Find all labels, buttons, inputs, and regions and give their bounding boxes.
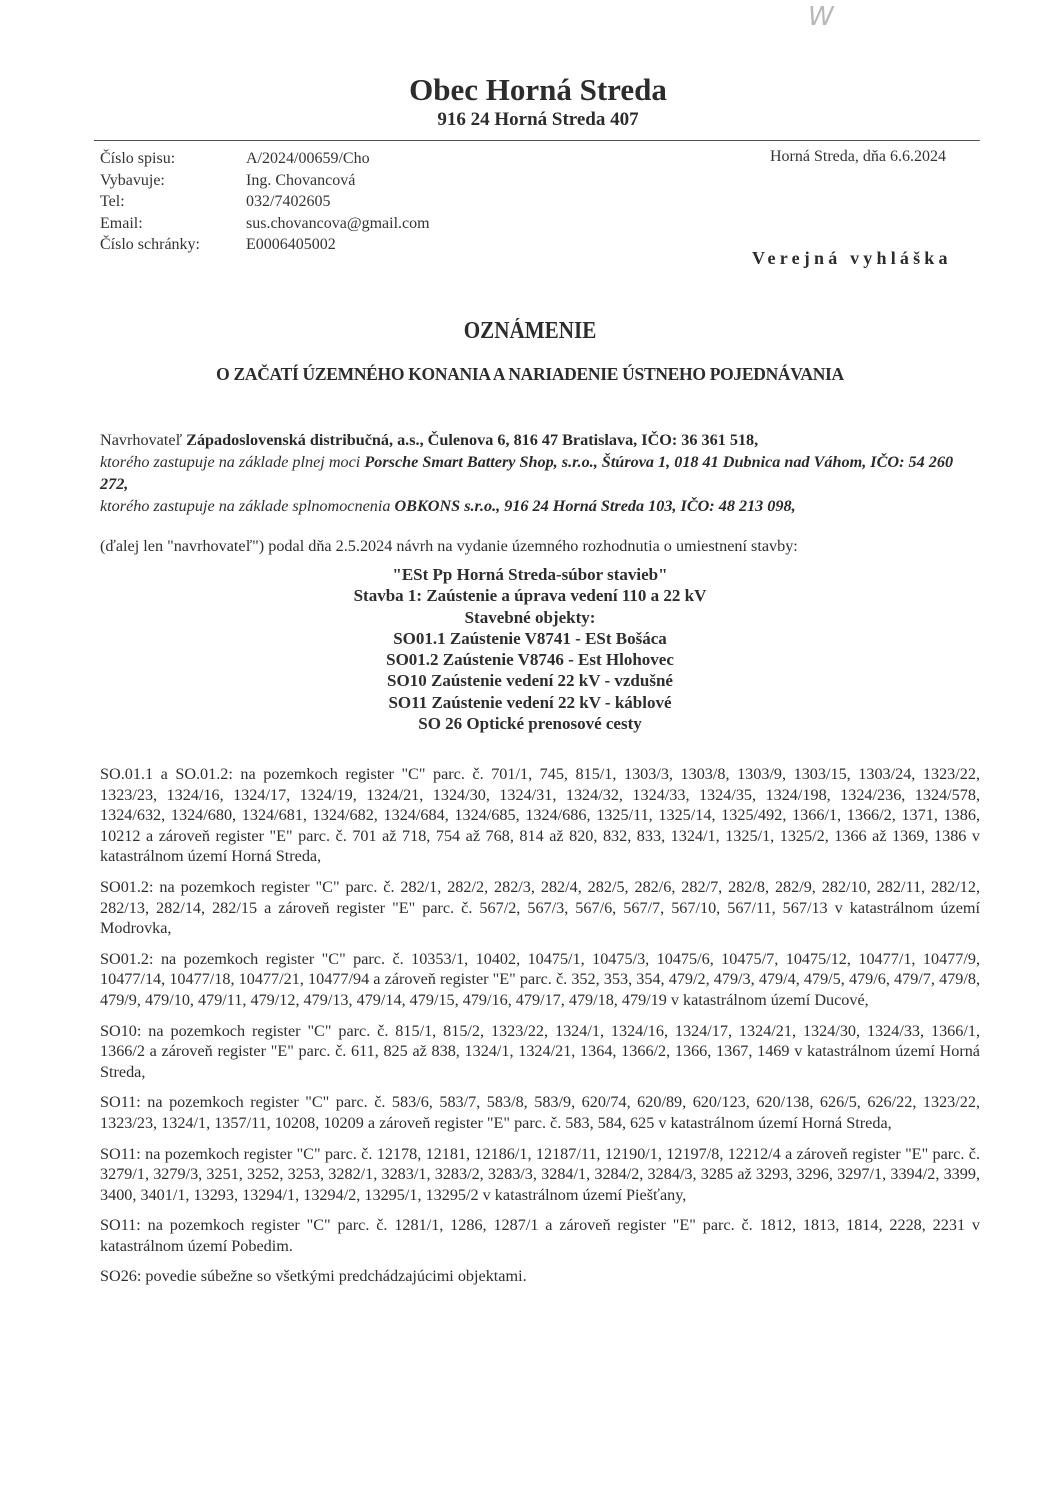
project-line: SO 26 Optické prenosové cesty: [0, 713, 1060, 734]
meta-value: 032/7402605: [246, 191, 330, 213]
header-divider: [94, 140, 980, 141]
org-name: Obec Horná Streda: [0, 72, 1060, 108]
meta-row: Číslo spisu:A/2024/00659/Cho: [100, 148, 430, 170]
applicant-block: Navrhovateľ Západoslovenská distribučná,…: [100, 429, 980, 517]
parcel-paragraph: SO10: na pozemkoch register "C" parc. č.…: [100, 1021, 980, 1083]
parcel-paragraph: SO26: povedie súbežne so všetkými predch…: [100, 1266, 980, 1287]
parcel-paragraph: SO01.2: na pozemkoch register "C" parc. …: [100, 877, 980, 939]
meta-label: Číslo spisu:: [100, 148, 246, 170]
file-metadata: Číslo spisu:A/2024/00659/Cho Vybavuje:In…: [100, 148, 430, 256]
meta-label: Tel:: [100, 191, 246, 213]
handwritten-mark: W: [808, 2, 832, 32]
parcel-paragraphs: SO.01.1 a SO.01.2: na pozemkoch register…: [100, 764, 980, 1297]
project-line: SO01.2 Zaústenie V8746 - Est Hlohovec: [0, 649, 1060, 670]
document-title: OZNÁMENIE: [64, 318, 997, 345]
meta-value: A/2024/00659/Cho: [246, 148, 370, 170]
project-line: Stavebné objekty:: [0, 607, 1060, 628]
document-subtitle: O ZAČATÍ ÚZEMNÉHO KONANIA A NARIADENIE Ú…: [0, 364, 1060, 385]
notice-type: Verejná vyhláška: [752, 248, 952, 269]
parcel-paragraph: SO11: na pozemkoch register "C" parc. č.…: [100, 1215, 980, 1256]
project-block: "ESt Pp Horná Streda-súbor stavieb" Stav…: [0, 564, 1060, 734]
meta-row: Tel:032/7402605: [100, 191, 430, 213]
project-line: SO10 Zaústenie vedení 22 kV - vzdušné: [0, 670, 1060, 691]
applicant-prefix: Navrhovateľ: [100, 431, 186, 449]
project-line: SO11 Zaústenie vedení 22 kV - káblové: [0, 692, 1060, 713]
project-line: Stavba 1: Zaústenie a úprava vedení 110 …: [0, 585, 1060, 606]
representative-intro: ktorého zastupuje na základe plnej moci: [100, 453, 364, 471]
agent-intro: ktorého zastupuje na základe splnomocnen…: [100, 497, 394, 515]
meta-label: Email:: [100, 213, 246, 235]
parcel-paragraph: SO01.2: na pozemkoch register "C" parc. …: [100, 949, 980, 1011]
meta-label: Vybavuje:: [100, 170, 246, 192]
date-line: Horná Streda, dňa 6.6.2024: [770, 148, 946, 166]
meta-email[interactable]: sus.chovancova@gmail.com: [246, 213, 430, 235]
meta-row: Email:sus.chovancova@gmail.com: [100, 213, 430, 235]
parcel-paragraph: SO.01.1 a SO.01.2: na pozemkoch register…: [100, 764, 980, 867]
parcel-paragraph: SO11: na pozemkoch register "C" parc. č.…: [100, 1144, 980, 1206]
meta-row: Číslo schránky:E0006405002: [100, 234, 430, 256]
applicant-name: Západoslovenská distribučná, a.s., Čulen…: [186, 431, 758, 449]
intro-sentence: (ďalej len "navrhovateľ") podal dňa 2.5.…: [100, 537, 980, 556]
meta-label: Číslo schránky:: [100, 234, 246, 256]
project-line: "ESt Pp Horná Streda-súbor stavieb": [0, 564, 1060, 585]
parcel-paragraph: SO11: na pozemkoch register "C" parc. č.…: [100, 1092, 980, 1133]
meta-value: E0006405002: [246, 234, 336, 256]
project-line: SO01.1 Zaústenie V8741 - ESt Bošáca: [0, 628, 1060, 649]
meta-row: Vybavuje:Ing. Chovancová: [100, 170, 430, 192]
org-address: 916 24 Horná Streda 407: [0, 109, 1060, 131]
meta-value: Ing. Chovancová: [246, 170, 355, 192]
agent-name: OBKONS s.r.o., 916 24 Horná Streda 103, …: [394, 497, 795, 515]
